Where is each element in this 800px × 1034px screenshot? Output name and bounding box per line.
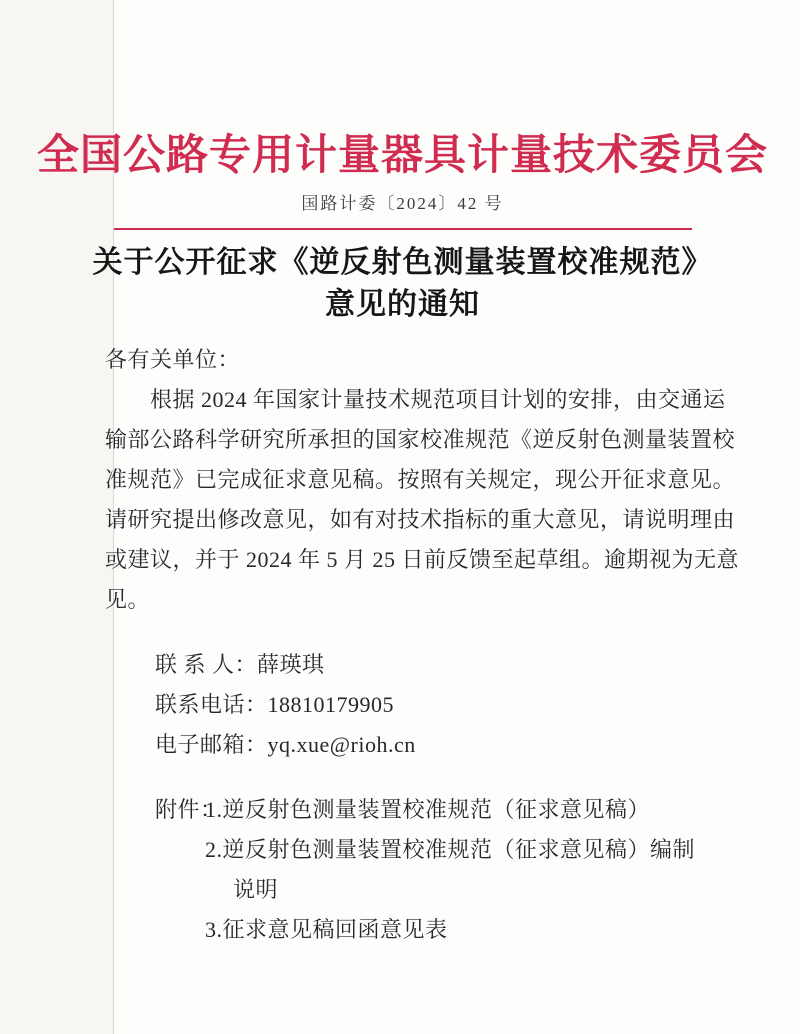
attachment-item: 3.征求意见稿回函意见表 [155, 910, 700, 950]
contact-person-value: 薛瑛琪 [257, 652, 325, 677]
contact-phone-label: 联系电话： [155, 692, 268, 717]
contact-person: 联 系 人：薛瑛琪 [155, 645, 700, 685]
paragraph-line: 见。 [105, 580, 700, 620]
attachment-line: 1.逆反射色测量装置校准规范（征求意见稿） [205, 797, 650, 822]
contact-person-label: 联 系 人： [155, 652, 257, 677]
contact-phone: 联系电话：18810179905 [155, 685, 700, 725]
red-separator-line [114, 228, 692, 230]
contact-email-value: yq.xue@rioh.cn [268, 732, 416, 757]
paragraph-line: 请研究提出修改意见，如有对技术指标的重大意见，请说明理由 [105, 500, 700, 540]
attachment-block: 附件：1.逆反射色测量装置校准规范（征求意见稿） 2.逆反射色测量装置校准规范（… [105, 790, 700, 950]
document-number: 国路计委〔2024〕42 号 [105, 192, 700, 216]
contact-email: 电子邮箱：yq.xue@rioh.cn [155, 725, 700, 765]
salutation: 各有关单位： [105, 340, 700, 380]
notice-body: 各有关单位： 根据 2024 年国家计量技术规范项目计划的安排，由交通运 输部公… [105, 340, 700, 950]
contact-email-label: 电子邮箱： [155, 732, 268, 757]
paragraph-line: 输部公路科学研究所承担的国家校准规范《逆反射色测量装置校 [105, 420, 700, 460]
contact-block: 联 系 人：薛瑛琪 联系电话：18810179905 电子邮箱：yq.xue@r… [105, 645, 700, 765]
issuing-org-title: 全国公路专用计量器具计量技术委员会 [105, 128, 700, 184]
attachment-item: 2.逆反射色测量装置校准规范（征求意见稿）编制 [155, 830, 700, 870]
paragraph-line: 准规范》已完成征求意见稿。按照有关规定，现公开征求意见。 [105, 460, 700, 500]
attachments-label: 附件： [155, 790, 205, 830]
contact-phone-value: 18810179905 [268, 692, 395, 717]
notice-title-line1: 关于公开征求《逆反射色测量装置校准规范》 [105, 242, 700, 284]
notice-title-line2: 意见的通知 [105, 284, 700, 326]
main-paragraph: 根据 2024 年国家计量技术规范项目计划的安排，由交通运 输部公路科学研究所承… [105, 380, 700, 620]
paragraph-line: 根据 2024 年国家计量技术规范项目计划的安排，由交通运 [105, 380, 700, 420]
attachment-item: 附件：1.逆反射色测量装置校准规范（征求意见稿） [155, 790, 700, 830]
document-content: 全国公路专用计量器具计量技术委员会 国路计委〔2024〕42 号 关于公开征求《… [105, 0, 700, 950]
document-page: 全国公路专用计量器具计量技术委员会 国路计委〔2024〕42 号 关于公开征求《… [0, 0, 800, 1034]
paragraph-line: 或建议，并于 2024 年 5 月 25 日前反馈至起草组。逾期视为无意 [105, 540, 700, 580]
notice-title: 关于公开征求《逆反射色测量装置校准规范》 意见的通知 [105, 242, 700, 326]
attachment-item-wrap: 说明 [155, 870, 700, 910]
